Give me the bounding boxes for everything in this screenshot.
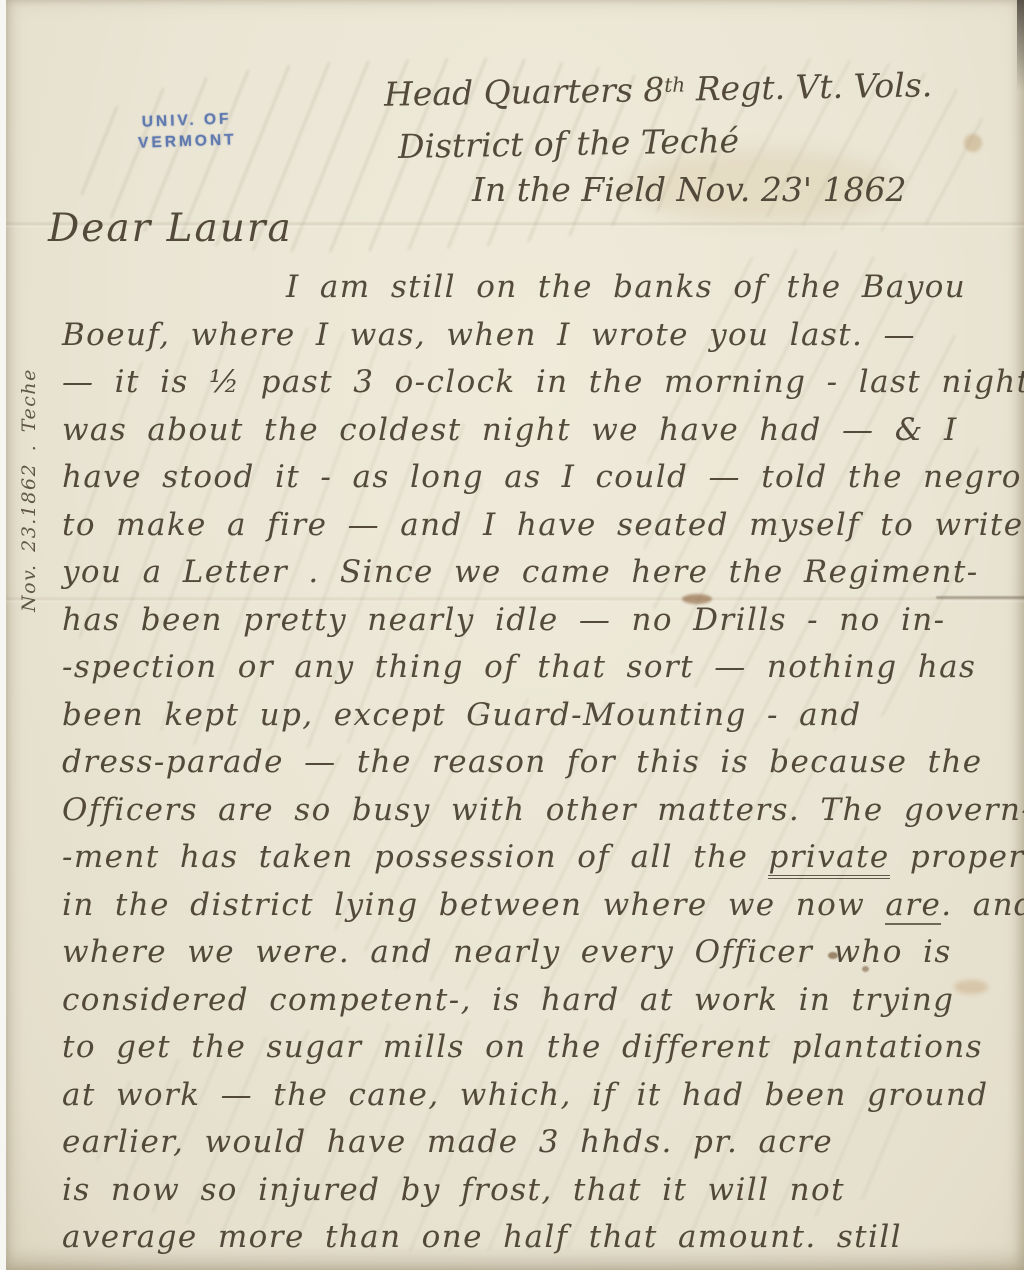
letter-line: considered competent-, is hard at work i… — [62, 977, 1007, 1025]
letter-line: have stood it - as long as I could — tol… — [62, 454, 1007, 502]
scanned-letter-page: UNIV. OF VERMONT Head Quarters 8th Regt.… — [0, 0, 1024, 1270]
letterhead-dateline: In the Field Nov. 23' 1862 — [472, 170, 906, 209]
letter-line: -spection or any thing of that sort — no… — [62, 644, 1007, 692]
letter-line: at work — the cane, which, if it had bee… — [62, 1072, 1007, 1120]
underlined-word: are — [885, 887, 941, 925]
letterhead-line1-text: Head Quarters 8 — [384, 70, 665, 114]
letter-line: -ment has taken possession of all the pr… — [62, 834, 1007, 882]
scan-edge-shadow — [1017, 0, 1024, 92]
ordinal-superscript: th — [664, 73, 685, 97]
line-text: in the district lying between where we n… — [62, 887, 885, 923]
letter-paper: UNIV. OF VERMONT Head Quarters 8th Regt.… — [6, 0, 1024, 1270]
letterhead-line1-rest: Regt. Vt. Vols. — [685, 65, 933, 108]
letter-line: in the district lying between where we n… — [62, 882, 1007, 930]
letter-line: is now so injured by frost, that it will… — [62, 1167, 1007, 1215]
letter-line: been kept up, except Guard-Mounting - an… — [62, 692, 1007, 740]
letter-line: to make a fire — and I have seated mysel… — [62, 502, 1007, 550]
letter-line: — it is ½ past 3 o-clock in the morning … — [62, 359, 1007, 407]
letter-line: where we were. and nearly every Officer … — [62, 929, 1007, 977]
letter-line: Boeuf, where I was, when I wrote you las… — [62, 312, 1007, 360]
library-stamp-line2: VERMONT — [114, 128, 261, 154]
letter-line: you a Letter . Since we came here the Re… — [62, 549, 1007, 597]
underlined-word: private — [768, 839, 889, 879]
paper-stain — [964, 134, 982, 152]
line-text: property — [890, 839, 1024, 875]
line-text: . and — [941, 887, 1024, 923]
letter-line: was about the coldest night we have had … — [62, 407, 1007, 455]
letter-line: I am still on the banks of the Bayou — [62, 264, 1007, 312]
salutation: Dear Laura — [48, 206, 293, 251]
letter-line: average more than one half that amount. … — [62, 1214, 1007, 1262]
library-stamp: UNIV. OF VERMONT — [113, 107, 260, 154]
letterhead-line1: Head Quarters 8th Regt. Vt. Vols. — [384, 65, 933, 114]
letter-line: to get the sugar mills on the different … — [62, 1024, 1007, 1072]
letter-line: has been pretty nearly idle — no Drills … — [62, 597, 1007, 645]
margin-archival-note: Nov. 23.1862 . Teche — [18, 272, 40, 612]
letterhead-line2: District of the Teché — [398, 121, 740, 166]
line-text: -ment has taken possession of all the — [62, 839, 768, 875]
letter-line: earlier, would have made 3 hhds. pr. acr… — [62, 1119, 1007, 1167]
letter-body: I am still on the banks of the Bayou Boe… — [62, 264, 1007, 1262]
letter-line: dress-parade — the reason for this is be… — [62, 739, 1007, 787]
letter-line: Officers are so busy with other matters.… — [62, 787, 1007, 835]
